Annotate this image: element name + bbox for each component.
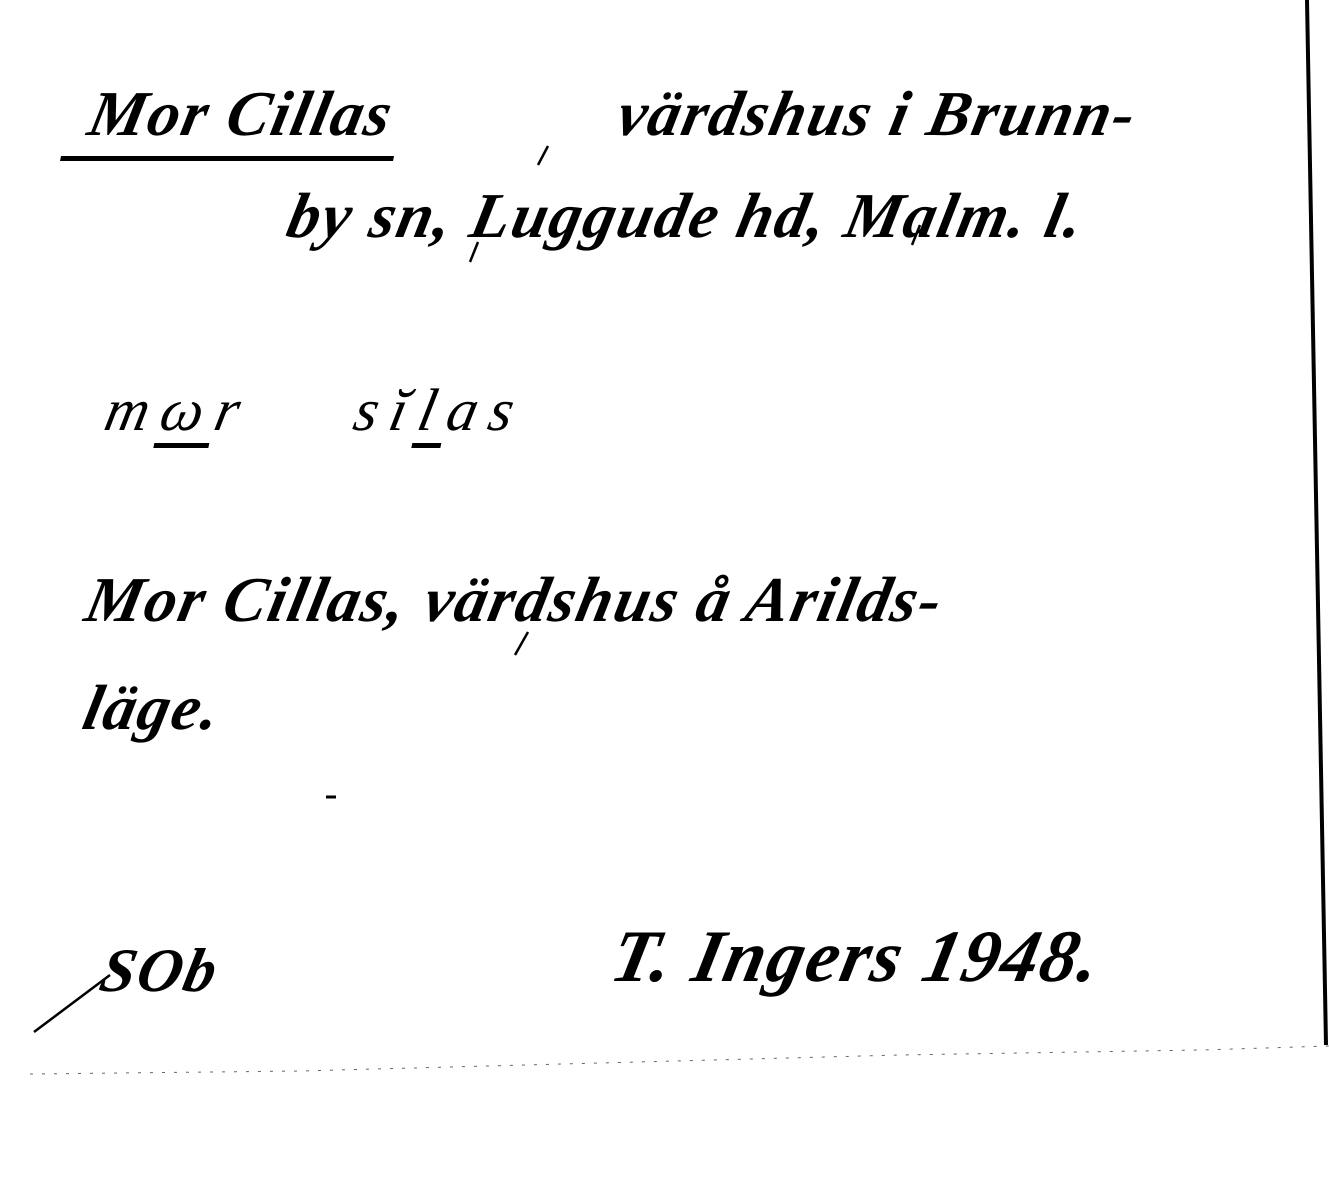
card-right-border [1307,0,1326,1045]
collector-initials: SOb [95,940,224,1002]
entry-title: Mor Cillas [60,82,410,161]
entry-location-line2: by sn, Luggude hd, Malm. l. [282,184,1091,248]
phonetic-word1: mωr [99,377,258,448]
phonetic-word2: sĭlas [348,377,532,448]
entry-location-line1: värdshus i Brunn- [612,82,1143,146]
card-bottom-edge [30,1046,1329,1074]
phonetic-transcription: mωr sĭlas [100,380,532,440]
archive-card: Mor Cillas värdshus i Brunn- by sn, Lugg… [0,0,1329,1188]
variant-entry-line2: läge. [78,676,228,740]
record-date: T. Ingers 1948. [605,920,1109,994]
variant-entry-line1: Mor Cillas, värdshus å Arilds- [80,568,950,632]
